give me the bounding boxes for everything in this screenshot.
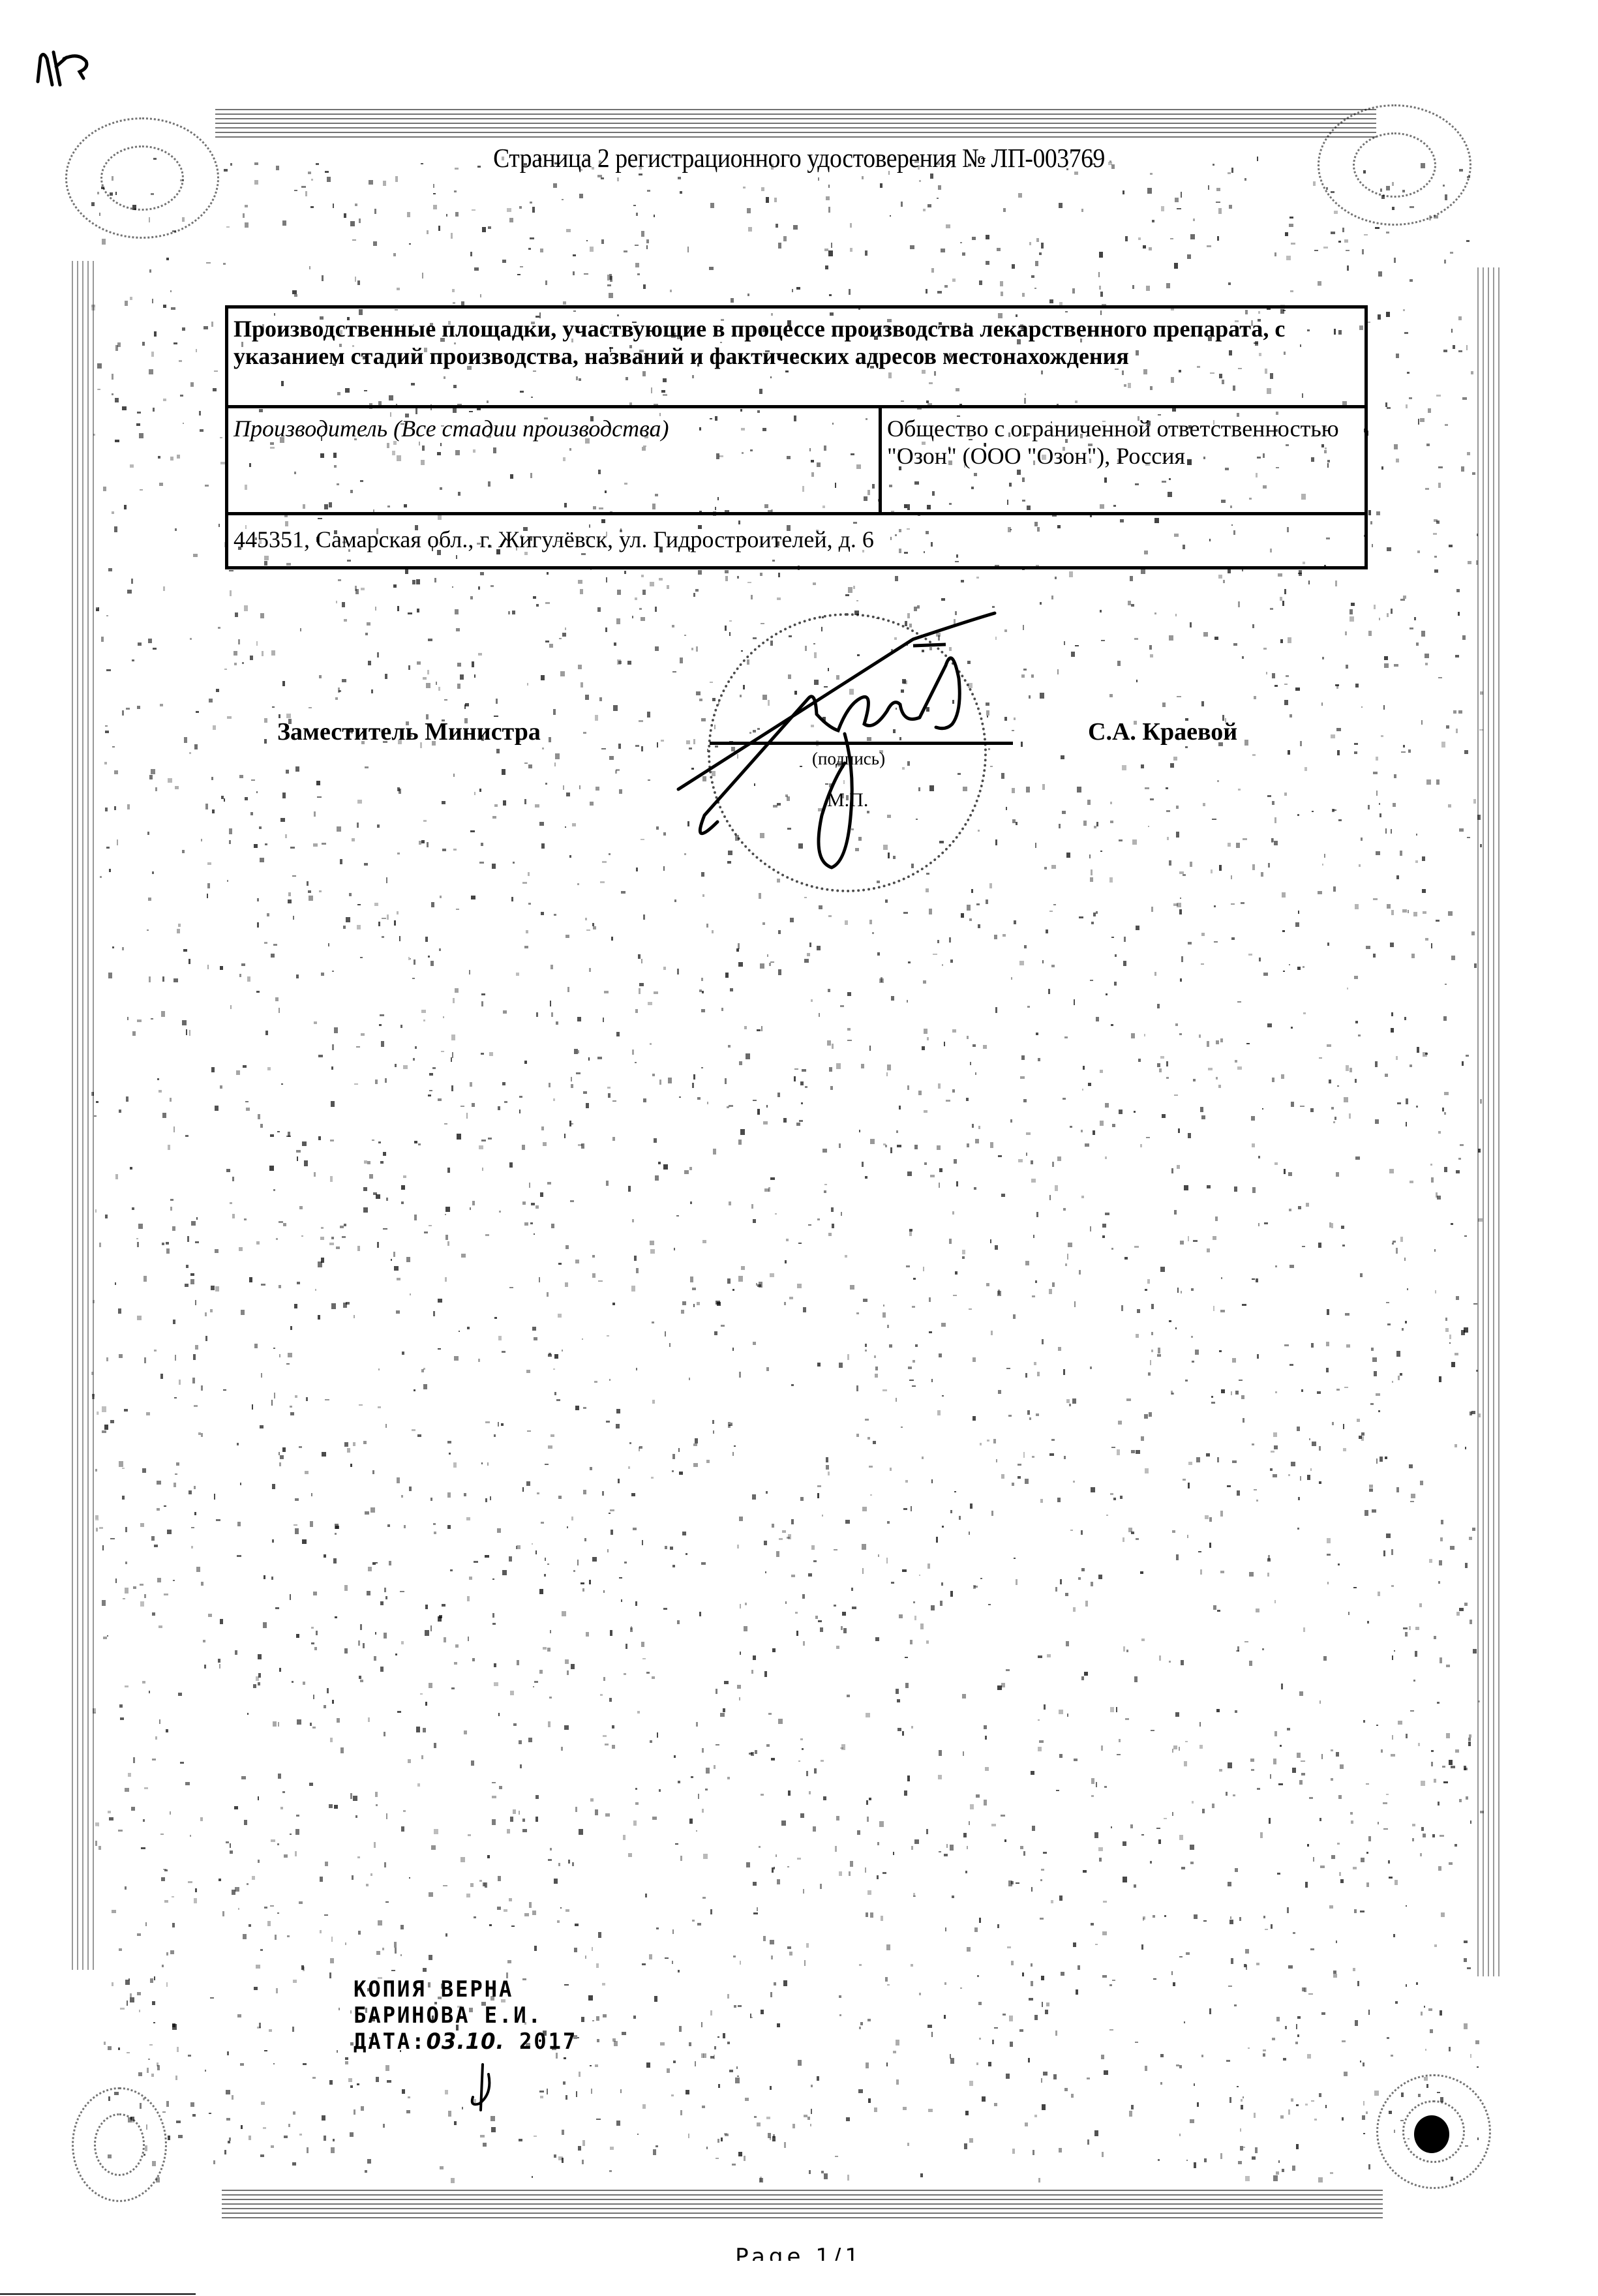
- certified-copy-line: КОПИЯ ВЕРНА: [354, 1976, 577, 2002]
- right-border-band: [1477, 267, 1503, 1976]
- page-indicator-text: Page 1/1: [735, 2244, 863, 2270]
- date-handwritten: 03.10.: [426, 2029, 504, 2055]
- table-header-row: Производственные площадки, участвующие в…: [227, 307, 1366, 407]
- left-border-band: [72, 261, 98, 1970]
- handwritten-signature-icon: [665, 600, 1122, 900]
- manufacturer-address-cell: 445351, Самарская обл., г. Жигулёвск, ул…: [227, 514, 1366, 568]
- scan-edge-line: [0, 2293, 196, 2295]
- table-row: 445351, Самарская обл., г. Жигулёвск, ул…: [227, 514, 1366, 568]
- signatory-name: С.А. Краевой: [1088, 717, 1237, 746]
- date-label: ДАТА:: [354, 2029, 426, 2055]
- certifier-initials-icon: [466, 2061, 499, 2113]
- date-year: 2017: [519, 2029, 577, 2055]
- seal-placeholder-caption: М.П.: [827, 789, 868, 811]
- top-border-band: [215, 108, 1376, 138]
- signatory-position: Заместитель Министра: [277, 717, 541, 746]
- page-indicator: Page 1/1: [0, 2244, 1598, 2270]
- corner-rosette-bottom-left: [72, 2087, 167, 2202]
- certification-date: ДАТА:03.10. 2017: [354, 2029, 577, 2055]
- rosette-center-dot-icon: [1414, 2115, 1449, 2153]
- manufacturer-organization-cell: Общество с ограниченной ответственностью…: [881, 407, 1366, 514]
- manufacturer-role-cell: Производитель (Все стадии производства): [227, 407, 881, 514]
- bottom-border-band: [222, 2188, 1383, 2218]
- corner-rosette-top-left: [65, 117, 219, 239]
- page-heading: Страница 2 регистрационного удостоверени…: [64, 142, 1534, 174]
- production-sites-table: Производственные площадки, участвующие в…: [225, 305, 1368, 569]
- signature-caption: (подпись): [812, 749, 885, 769]
- table-header-cell: Производственные площадки, участвующие в…: [227, 307, 1366, 407]
- table-row: Производитель (Все стадии производства) …: [227, 407, 1366, 514]
- certified-copy-stamp: КОПИЯ ВЕРНА БАРИНОВА Е.И. ДАТА:03.10. 20…: [354, 1976, 577, 2055]
- handwritten-page-mark-icon: [26, 33, 98, 98]
- certifier-name: БАРИНОВА Е.И.: [354, 2002, 577, 2029]
